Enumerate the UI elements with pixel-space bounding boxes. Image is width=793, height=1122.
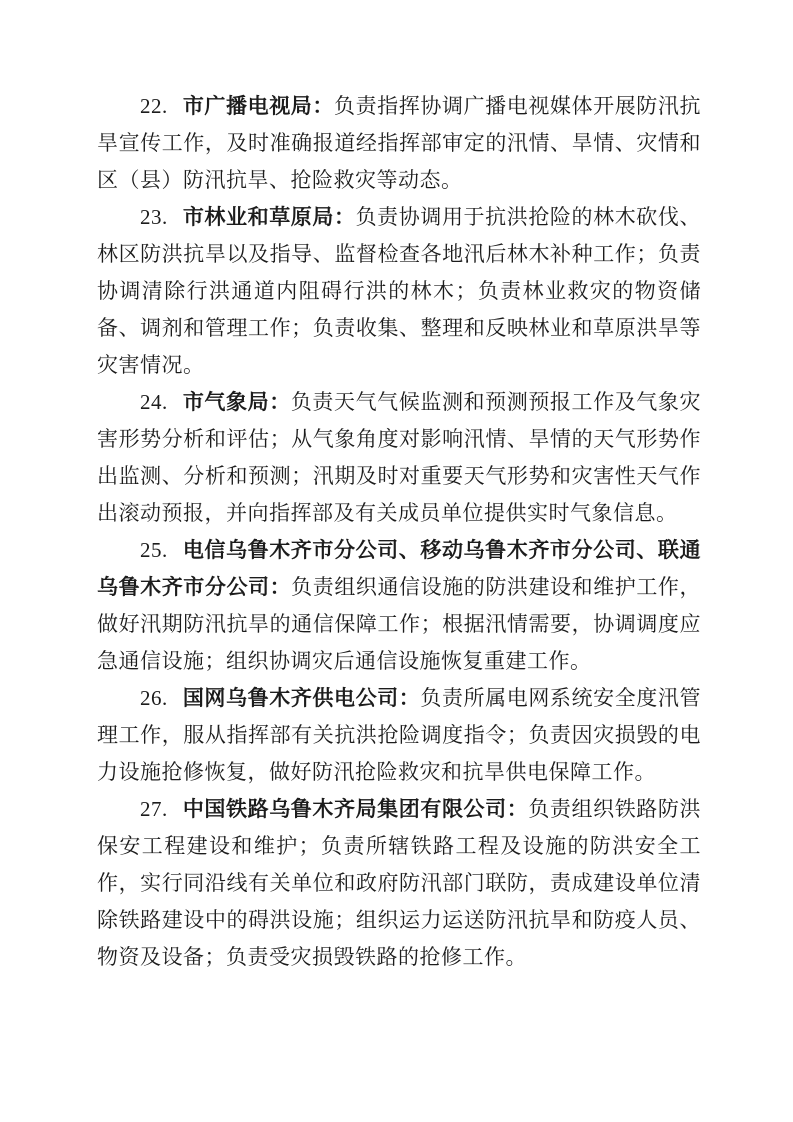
document-page: 22.市广播电视局：负责指挥协调广播电视媒体开展防汛抗旱宣传工作，及时准确报道经… [0, 0, 793, 1122]
paragraph-22: 22.市广播电视局：负责指挥协调广播电视媒体开展防汛抗旱宣传工作，及时准确报道经… [97, 88, 701, 199]
paragraph-24-department-name: 市气象局： [183, 390, 291, 414]
paragraph-22-department-name: 市广播电视局： [183, 94, 334, 118]
paragraph-23-department-name: 市林业和草原局： [183, 205, 356, 229]
paragraph-25-number: 25. [140, 538, 168, 562]
paragraph-26-number: 26. [140, 686, 168, 710]
paragraph-26-department-name: 国网乌鲁木齐供电公司： [183, 686, 421, 710]
paragraph-24-number: 24. [140, 390, 168, 414]
paragraph-24: 24.市气象局：负责天气气候监测和预测预报工作及气象灾害形势分析和评估；从气象角… [97, 384, 701, 532]
paragraph-23-text: 负责协调用于抗洪抢险的林木砍伐、林区防洪抗旱以及指导、监督检查各地汛后林木补种工… [97, 205, 701, 377]
paragraph-25: 25.电信乌鲁木齐市分公司、移动乌鲁木齐市分公司、联通乌鲁木齐市分公司：负责组织… [97, 532, 701, 680]
document-body: 22.市广播电视局：负责指挥协调广播电视媒体开展防汛抗旱宣传工作，及时准确报道经… [97, 88, 701, 976]
paragraph-27-text: 负责组织铁路防洪保安工程建设和维护；负责所辖铁路工程及设施的防洪安全工作，实行同… [97, 797, 701, 969]
paragraph-23-number: 23. [140, 205, 168, 229]
paragraph-27-department-name: 中国铁路乌鲁木齐局集团有限公司： [183, 797, 529, 821]
paragraph-26: 26.国网乌鲁木齐供电公司：负责所属电网系统安全度汛管理工作，服从指挥部有关抗洪… [97, 680, 701, 791]
paragraph-22-number: 22. [140, 94, 168, 118]
paragraph-27: 27.中国铁路乌鲁木齐局集团有限公司：负责组织铁路防洪保安工程建设和维护；负责所… [97, 791, 701, 976]
paragraph-27-number: 27. [140, 797, 168, 821]
paragraph-23: 23.市林业和草原局：负责协调用于抗洪抢险的林木砍伐、林区防洪抗旱以及指导、监督… [97, 199, 701, 384]
